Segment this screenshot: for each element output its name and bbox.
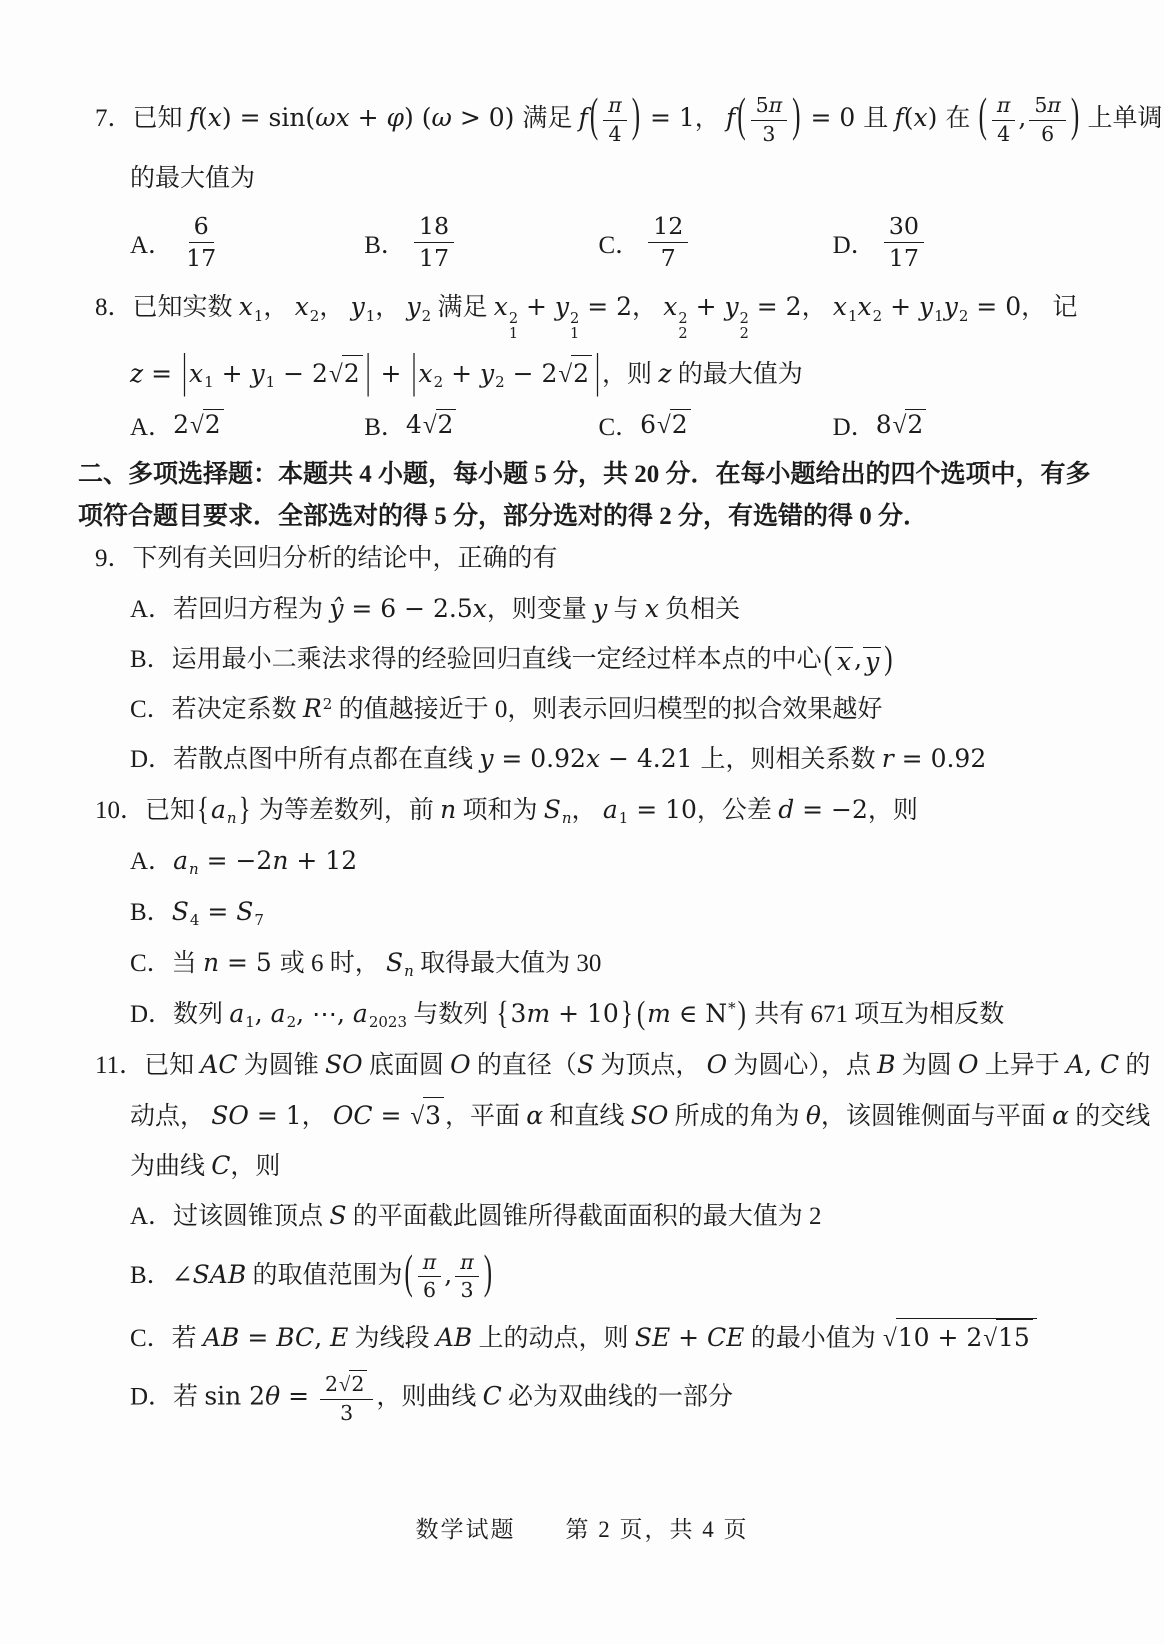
- question-11-stem-line-3: 为曲线 C，则: [130, 1148, 1086, 1185]
- question-7-stem-line-2: 的最大值为: [130, 161, 1086, 197]
- question-7-option-a: A．617: [130, 211, 364, 276]
- question-10-option-c: C．当 n = 5 或 6 时， Sn 取得最大值为 30: [130, 945, 1086, 983]
- question-11-option-c: C．若 AB = BC, E 为线段 AB 上的动点，则 SE + CE 的最小…: [130, 1318, 1086, 1357]
- question-7-options: A．617 B．1817 C．127 D．3017: [130, 211, 1086, 276]
- question-11-stem-line-1: 11．已知 AC 为圆锥 SO 底面圆 O 的直径（S 为顶点， O 为圆心），…: [95, 1047, 1086, 1084]
- question-10-option-a: A．an = −2n + 12: [130, 843, 1086, 881]
- page-footer: 数学试题 第 2 页，共 4 页: [0, 1511, 1164, 1544]
- question-9-option-d: D．若散点图中所有点都在直线 y = 0.92x − 4.21 上，则相关系数 …: [130, 741, 1086, 778]
- question-11-option-b: B．∠SAB 的取值范围为(π6,π3): [130, 1249, 1086, 1305]
- question-11-option-a: A．过该圆锥顶点 S 的平面截此圆锥所得截面面积的最大值为 2: [130, 1198, 1086, 1235]
- question-7-option-c: C．127: [598, 211, 832, 276]
- section-2-header-line-1: 二、多项选择题：本题共 4 小题，每小题 5 分，共 20 分．在每小题给出的四…: [78, 457, 1086, 493]
- question-8-stem-line-1: 8．已知实数 x1， x2， y1， y2 满足 x21 + y21 = 2， …: [95, 289, 1086, 342]
- question-8-option-a: A．2√2: [130, 407, 364, 443]
- question-10-stem: 10．已知{an} 为等差数列，前 n 项和为 Sn， a1 = 10，公差 d…: [95, 792, 1086, 830]
- question-9-option-a: A．若回归方程为 ŷ = 6 − 2.5x，则变量 y 与 x 负相关: [130, 591, 1086, 628]
- question-8-stem-line-2: z = |x1 + y1 − 2√2| + |x2 + y2 − 2√2|，则 …: [130, 355, 1086, 394]
- question-7-stem-line-1: 7．已知 f(x) = sin(ωx + φ) (ω > 0) 满足 f(π4)…: [95, 92, 1086, 148]
- exam-page: 7．已知 f(x) = sin(ωx + φ) (ω > 0) 满足 f(π4)…: [0, 0, 1164, 1644]
- question-10-option-b: B．S4 = S7: [130, 894, 1086, 932]
- question-8-options: A．2√2 B．4√2 C．6√2 D．8√2: [130, 407, 1086, 443]
- question-9-option-b: B．运用最小二乘法求得的经验回归直线一定经过样本点的中心(x,y): [130, 641, 1086, 678]
- question-11-stem-line-2: 动点， SO = 1， OC = √3，平面 α 和直线 SO 所成的角为 θ，…: [130, 1097, 1086, 1135]
- question-8-option-d: D．8√2: [833, 407, 1067, 443]
- question-11-option-d: D．若 sin 2θ = 2√23，则曲线 C 必为双曲线的一部分: [130, 1370, 1086, 1427]
- section-2-header-line-2: 项符合题目要求．全部选对的得 5 分，部分选对的得 2 分，有选错的得 0 分．: [78, 499, 1086, 535]
- question-10-option-d: D．数列 a1, a2, ⋯, a2023 与数列 {3m + 10}(m ∈ …: [130, 996, 1086, 1034]
- question-8-option-b: B．4√2: [364, 407, 598, 443]
- question-9-stem: 9．下列有关回归分析的结论中，正确的有: [95, 541, 1086, 577]
- question-7-option-b: B．1817: [364, 211, 598, 276]
- question-8-option-c: C．6√2: [598, 407, 832, 443]
- question-7-option-d: D．3017: [833, 211, 1067, 276]
- question-9-option-c: C．若决定系数 R2 的值越接近于 0，则表示回归模型的拟合效果越好: [130, 691, 1086, 728]
